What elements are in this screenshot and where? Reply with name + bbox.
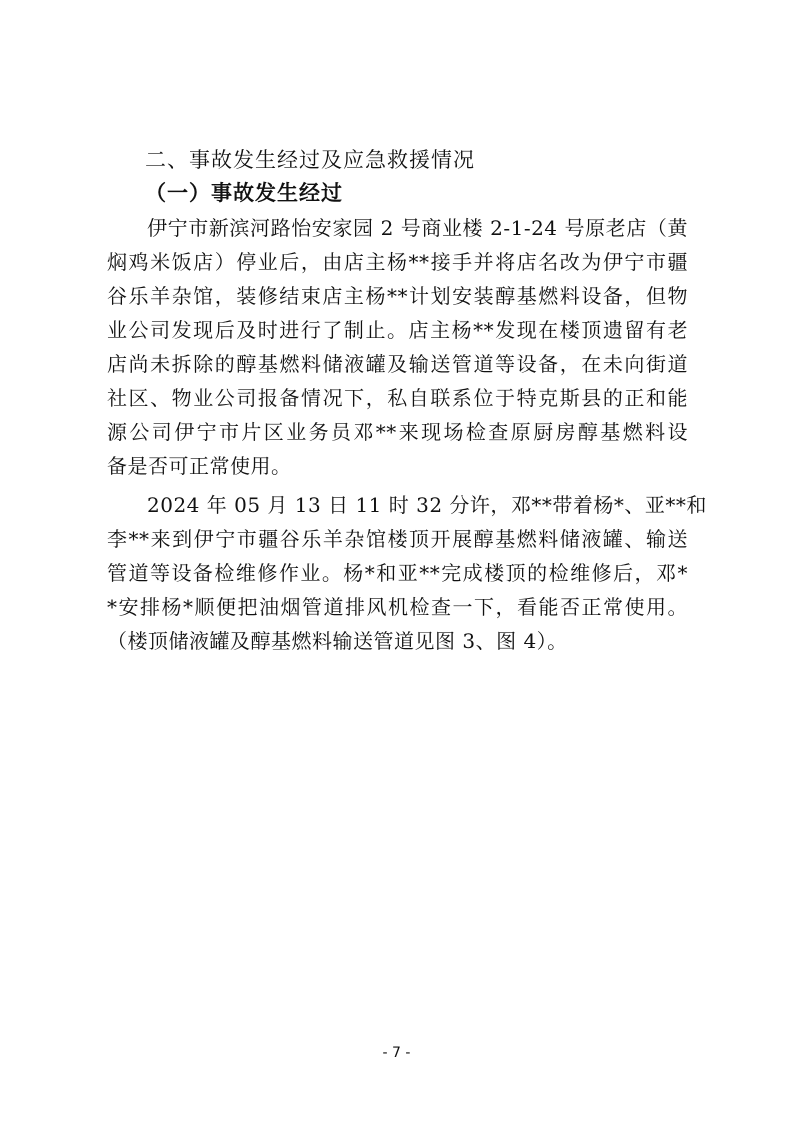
paragraph-line: 社区、物业公司报备情况下，私自联系位于特克斯县的正和能 (107, 381, 688, 415)
section-heading: 二、事故发生经过及应急救援情况 (145, 143, 475, 177)
paragraph-line: 谷乐羊杂馆，装修结束店主杨**计划安装醇基燃料设备，但物 (107, 279, 688, 313)
paragraph-line: 管道等设备检维修作业。杨*和亚**完成楼顶的检维修后，邓* (107, 556, 688, 590)
paragraph-line: 焖鸡米饭店）停业后，由店主杨**接手并将店名改为伊宁市疆 (107, 245, 688, 279)
paragraph-line: 业公司发现后及时进行了制止。店主杨**发现在楼顶遗留有老 (107, 313, 688, 347)
paragraph-line: *安排杨*顺便把油烟管道排风机检查一下，看能否正常使用。 (107, 590, 688, 624)
paragraph-line: 备是否可正常使用。 (107, 449, 688, 483)
document-page: 二、事故发生经过及应急救援情况 （一）事故发生经过 伊宁市新滨河路怡安家园 2 … (0, 0, 793, 1122)
paragraph-line: 店尚未拆除的醇基燃料储液罐及输送管道等设备，在未向街道 (107, 347, 688, 381)
paragraph-line: 李**来到伊宁市疆谷乐羊杂馆楼顶开展醇基燃料储液罐、输送 (107, 522, 688, 556)
subsection-heading: （一）事故发生经过 (145, 176, 343, 210)
paragraph-line: （楼顶储液罐及醇基燃料输送管道见图 3、图 4）。 (107, 624, 688, 658)
paragraph-line: 源公司伊宁市片区业务员邓**来现场检查原厨房醇基燃料设 (107, 415, 688, 449)
paragraph-line: 伊宁市新滨河路怡安家园 2 号商业楼 2-1-24 号原老店（黄 (147, 211, 688, 245)
paragraph-line: 2024 年 05 月 13 日 11 时 32 分许，邓**带着杨*、亚**和 (147, 488, 688, 522)
page-number: - 7 - (0, 1045, 793, 1061)
